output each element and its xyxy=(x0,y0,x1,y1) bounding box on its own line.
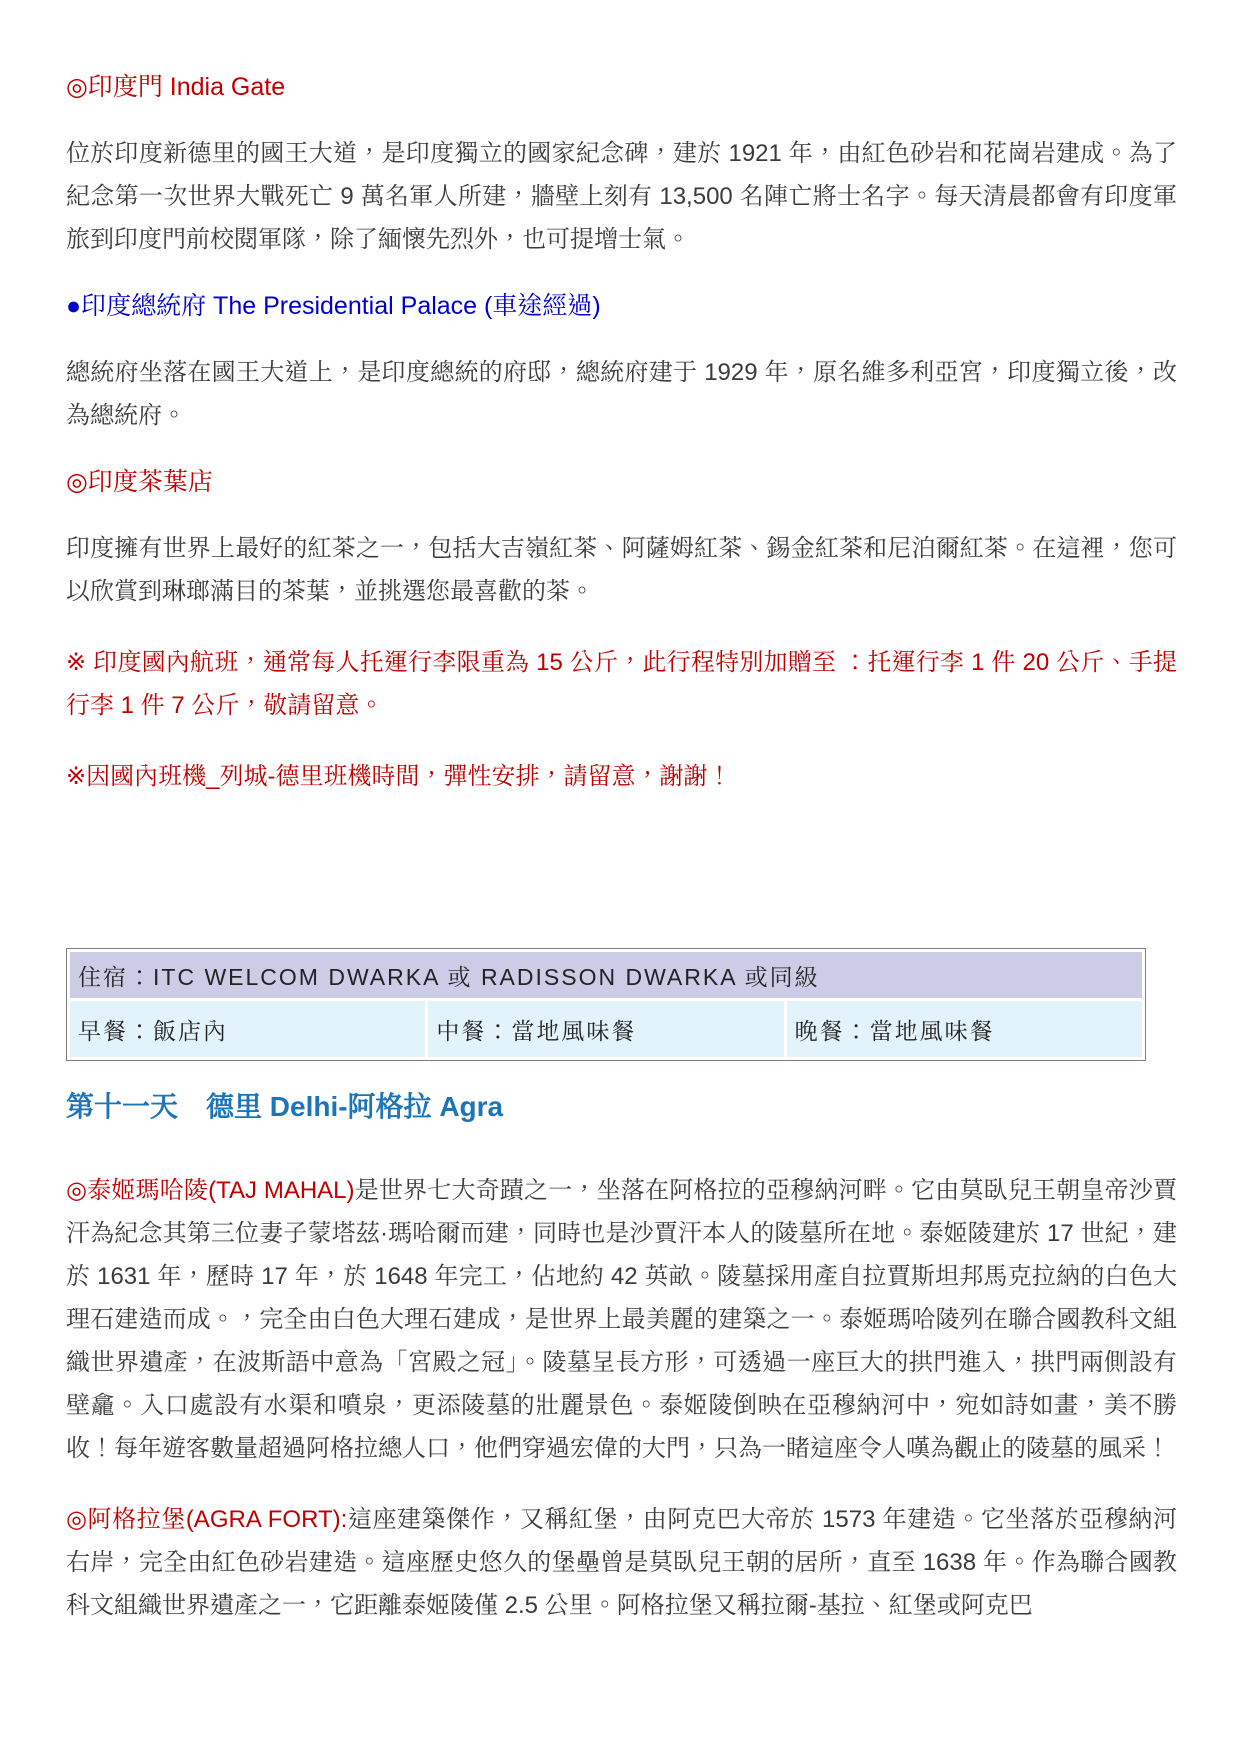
accommodation-meals-table: 住宿：ITC WELCOM DWARKA 或 RADISSON DWARKA 或… xyxy=(66,948,1146,1061)
heading-india-gate: ◎印度門 India Gate xyxy=(66,70,1177,104)
note-domestic-flight: ※因國內班機_列城-德里班機時間，彈性安排，請留意，謝謝！ xyxy=(66,755,1177,798)
dinner-cell: 晚餐：當地風味餐 xyxy=(787,1001,1142,1057)
accommodation-cell: 住宿：ITC WELCOM DWARKA 或 RADISSON DWARKA 或… xyxy=(70,952,1142,998)
paragraph-presidential-palace: 總統府坐落在國王大道上，是印度總統的府邸，總統府建于 1929 年，原名維多利亞… xyxy=(66,351,1177,437)
heading-tea-shop: ◎印度茶葉店 xyxy=(66,465,1177,499)
table-row-meals: 早餐：飯店內 中餐：當地風味餐 晚餐：當地風味餐 xyxy=(70,1001,1142,1057)
paragraph-taj-mahal: ◎泰姬瑪哈陵(TAJ MAHAL)是世界七大奇蹟之一，坐落在阿格拉的亞穆納河畔。… xyxy=(66,1169,1177,1470)
paragraph-agra-fort: ◎阿格拉堡(AGRA FORT):這座建築傑作，又稱紅堡，由阿克巴大帝於 157… xyxy=(66,1498,1177,1627)
paragraph-tea-shop: 印度擁有世界上最好的紅茶之一，包括大吉嶺紅茶、阿薩姆紅茶、錫金紅茶和尼泊爾紅茶。… xyxy=(66,527,1177,613)
table-row-accommodation: 住宿：ITC WELCOM DWARKA 或 RADISSON DWARKA 或… xyxy=(70,952,1142,998)
lunch-cell: 中餐：當地風味餐 xyxy=(428,1001,783,1057)
heading-day-11: 第十一天 德里 Delhi-阿格拉 Agra xyxy=(66,1087,1177,1127)
taj-mahal-label: ◎泰姬瑪哈陵(TAJ MAHAL) xyxy=(66,1177,355,1204)
breakfast-cell: 早餐：飯店內 xyxy=(70,1001,425,1057)
heading-presidential-palace: ●印度總統府 The Presidential Palace (車途經過) xyxy=(66,289,1177,323)
paragraph-india-gate: 位於印度新德里的國王大道，是印度獨立的國家紀念碑，建於 1921 年，由紅色砂岩… xyxy=(66,132,1177,261)
taj-mahal-text: 是世界七大奇蹟之一，坐落在阿格拉的亞穆納河畔。它由莫臥兒王朝皇帝沙賈汗為紀念其第… xyxy=(66,1177,1177,1462)
itinerary-page: ◎印度門 India Gate 位於印度新德里的國王大道，是印度獨立的國家紀念碑… xyxy=(0,0,1241,1755)
agra-fort-label: ◎阿格拉堡(AGRA FORT): xyxy=(66,1506,347,1533)
note-luggage-allowance: ※ 印度國內航班，通常每人托運行李限重為 15 公斤，此行程特別加贈至 ：托運行… xyxy=(66,641,1177,727)
